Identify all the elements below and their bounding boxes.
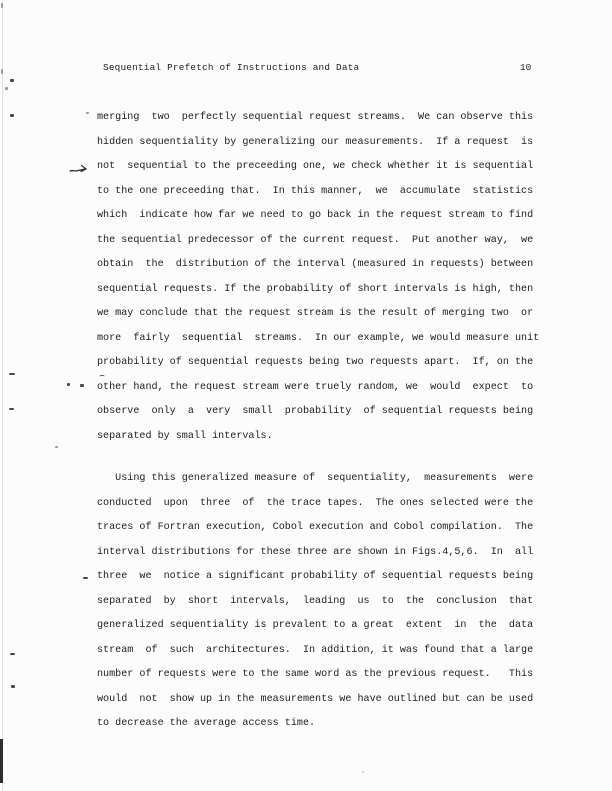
margin-dash-mark — [9, 373, 15, 375]
margin-dot-mark — [67, 383, 70, 386]
page-number: 10 — [520, 62, 531, 73]
document-page: Sequential Prefetch of Instructions and … — [0, 0, 612, 791]
scan-edge-dark-strip — [0, 739, 3, 783]
scan-speck — [362, 771, 364, 773]
scan-speck — [86, 112, 89, 114]
handwritten-arrow-mark-icon — [69, 163, 91, 175]
scan-speck — [55, 446, 58, 448]
scan-tilde-artifact — [99, 375, 105, 378]
paragraph-2: Using this generalized measure of sequen… — [97, 467, 533, 737]
scan-speck — [5, 87, 8, 90]
scan-edge-line — [2, 0, 3, 791]
scan-speck — [1, 69, 3, 74]
paragraph-1: merging two perfectly sequential request… — [97, 106, 539, 449]
margin-dash-mark — [9, 408, 14, 410]
margin-dash-mark — [10, 653, 15, 655]
running-header-title: Sequential Prefetch of Instructions and … — [103, 62, 359, 73]
margin-dash-mark — [83, 577, 88, 579]
scan-speck — [1, 3, 3, 8]
margin-dot-mark — [80, 384, 84, 387]
margin-dot-mark — [10, 114, 14, 117]
margin-dot-mark — [11, 685, 15, 688]
margin-dot-mark — [10, 79, 14, 82]
